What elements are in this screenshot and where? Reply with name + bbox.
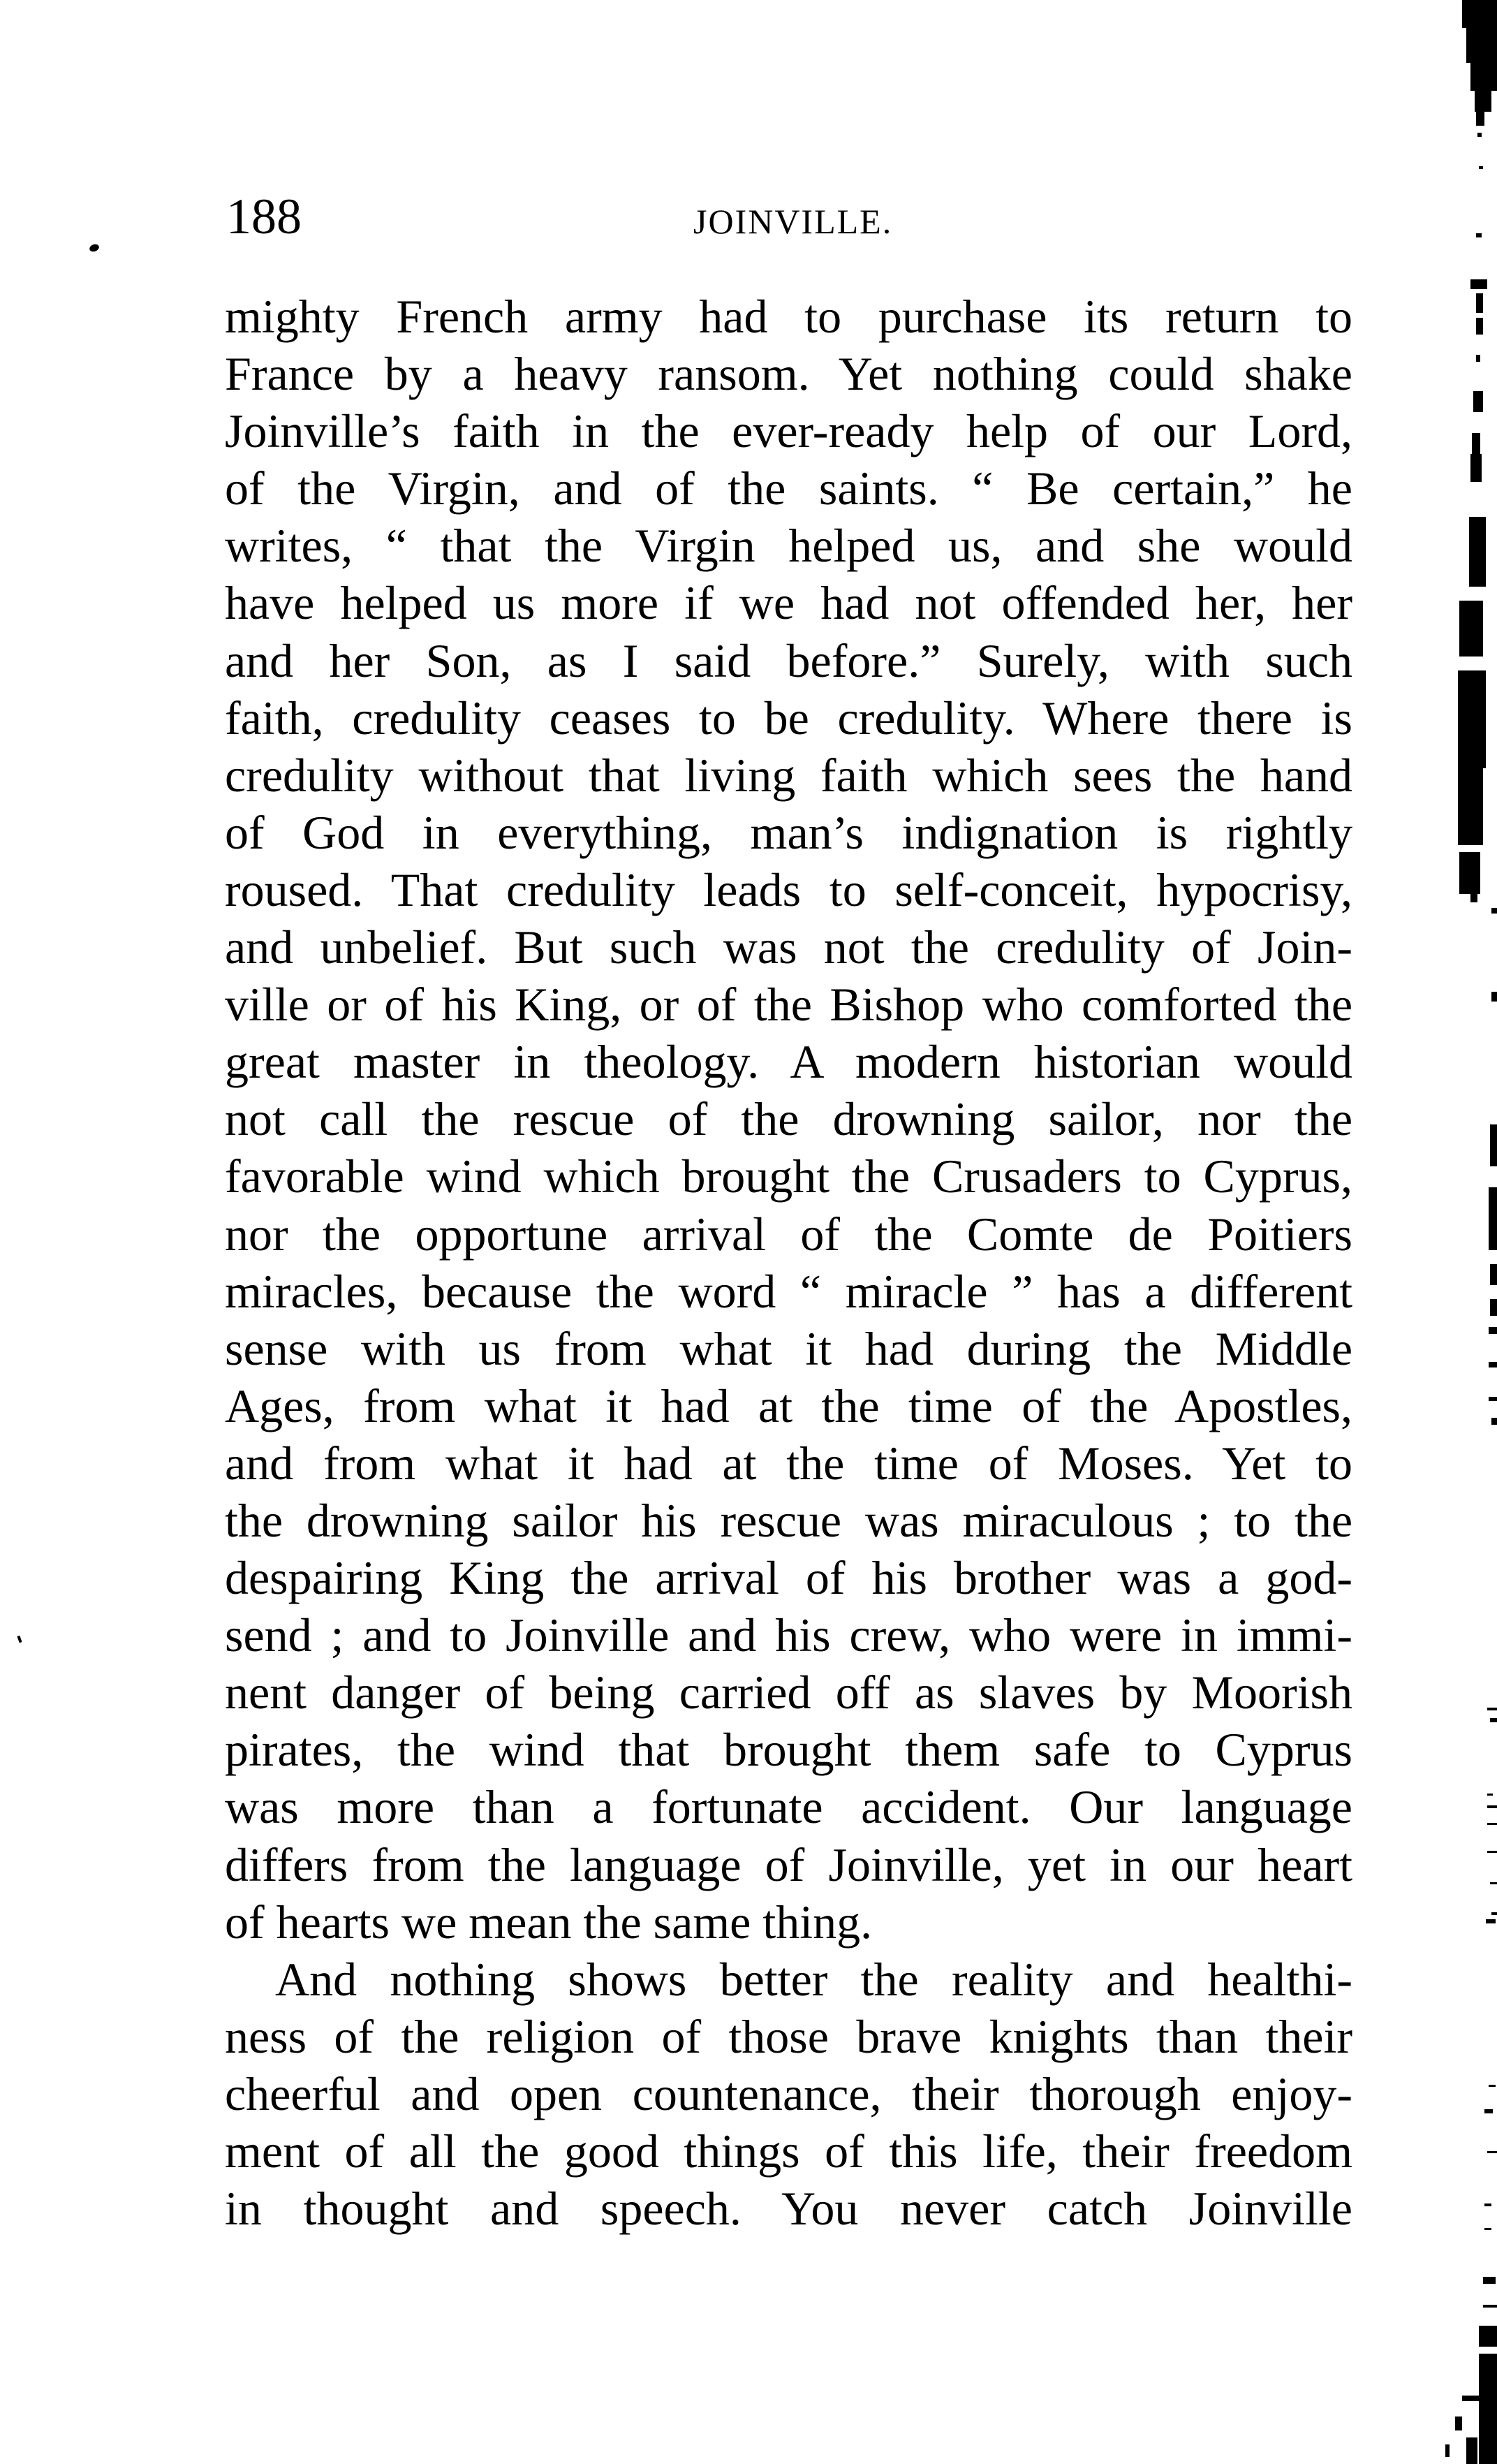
text-line: Joinville’s faith in the ever-ready help…: [225, 402, 1352, 460]
text-line: despairing King the arrival of his broth…: [225, 1549, 1352, 1606]
text-line: have helped us more if we had not offend…: [225, 574, 1352, 631]
text-line: Ages, from what it had at the time of th…: [225, 1377, 1352, 1435]
text-line: nor the opportune arrival of the Comte d…: [225, 1205, 1352, 1263]
text-line: cheerful and open countenance, their tho…: [225, 2065, 1352, 2122]
text-line: faith, credulity ceases to be credulity.…: [225, 689, 1352, 747]
paragraph-2: And nothing shows better the reality and…: [225, 1951, 1352, 2237]
text-line: of God in everything, man’s indignation …: [225, 804, 1352, 861]
text-line: sense with us from what it had during th…: [225, 1320, 1352, 1377]
running-head: 188 JOINVILLE.: [225, 189, 1352, 244]
text-line: was more than a fortunate accident. Our …: [225, 1778, 1352, 1835]
text-line: ness of the religion of those brave knig…: [225, 2008, 1352, 2065]
text-line: and from what it had at the time of Mose…: [225, 1435, 1352, 1492]
text-line: and her Son, as I said before.” Surely, …: [225, 632, 1352, 689]
paragraph-1: mighty French army had to purchase its r…: [225, 288, 1352, 1951]
text-line: not call the rescue of the drowning sail…: [225, 1090, 1352, 1147]
book-page: 188 JOINVILLE. mighty French army had to…: [0, 0, 1497, 2464]
text-line: nent danger of being carried off as slav…: [225, 1664, 1352, 1721]
text-line: and unbelief. But such was not the credu…: [225, 918, 1352, 976]
text-line: send ; and to Joinville and his crew, wh…: [225, 1606, 1352, 1664]
ink-speck: [89, 243, 101, 253]
body-text: mighty French army had to purchase its r…: [225, 288, 1352, 2237]
text-line: credulity without that living faith whic…: [225, 747, 1352, 804]
ink-speck: [17, 1636, 22, 1643]
text-line: great master in theology. A modern histo…: [225, 1033, 1352, 1090]
text-line: ment of all the good things of this life…: [225, 2122, 1352, 2180]
text-line: mighty French army had to purchase its r…: [225, 288, 1352, 345]
text-line: differs from the language of Joinville, …: [225, 1836, 1352, 1893]
text-line: in thought and speech. You never catch J…: [225, 2180, 1352, 2237]
text-line: of hearts we mean the same thing.: [225, 1893, 1352, 1951]
text-line: And nothing shows better the reality and…: [225, 1951, 1352, 2008]
text-line: writes, “ that the Virgin helped us, and…: [225, 517, 1352, 574]
text-line: roused. That credulity leads to self-con…: [225, 861, 1352, 918]
text-line: favorable wind which brought the Crusade…: [225, 1147, 1352, 1205]
running-title: JOINVILLE.: [693, 197, 892, 246]
text-line: ville or of his King, or of the Bishop w…: [225, 976, 1352, 1033]
text-line: the drowning sailor his rescue was mirac…: [225, 1492, 1352, 1549]
text-line: miracles, because the word “ miracle ” h…: [225, 1263, 1352, 1320]
text-line: of the Virgin, and of the saints. “ Be c…: [225, 460, 1352, 517]
text-line: pirates, the wind that brought them safe…: [225, 1721, 1352, 1778]
text-line: France by a heavy ransom. Yet nothing co…: [225, 345, 1352, 402]
page-number: 188: [226, 189, 302, 244]
scan-edge-artifacts: [1406, 0, 1497, 2464]
